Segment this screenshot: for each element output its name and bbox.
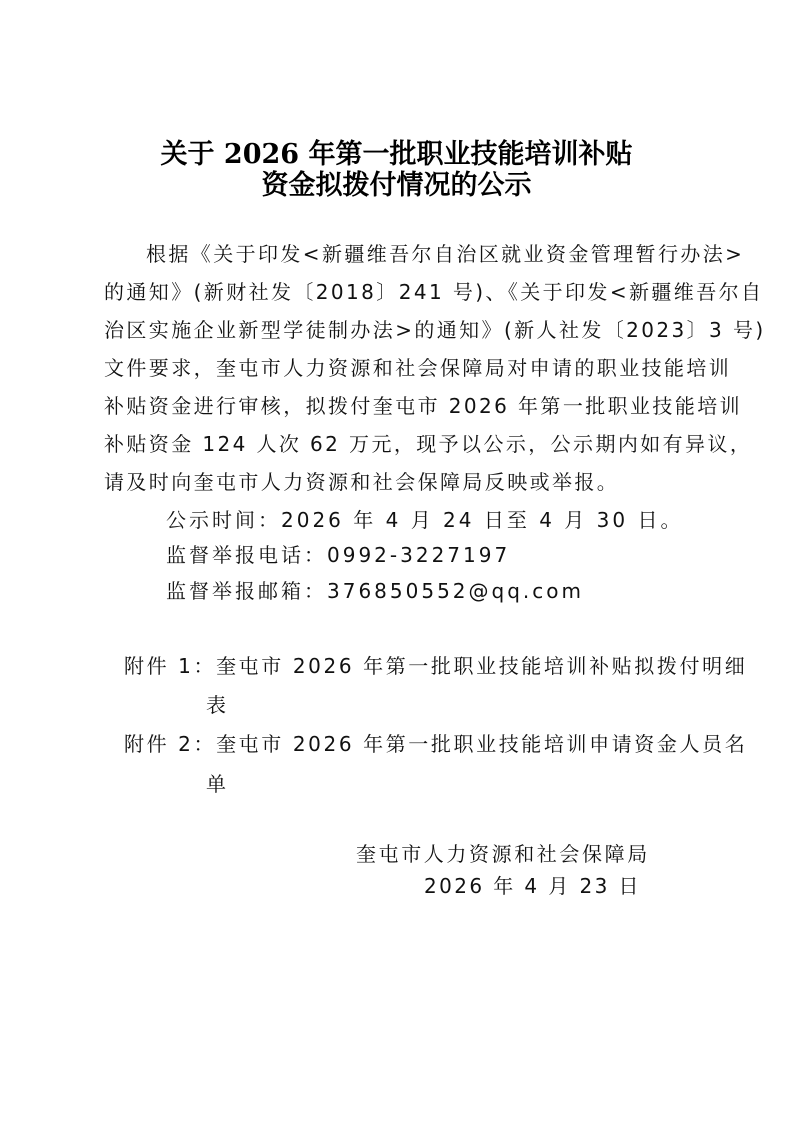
body-line: 文件要求，奎屯市人力资源和社会保障局对申请的职业技能培训	[104, 356, 731, 380]
report-email: 监督举报邮箱：376850552@qq.com	[166, 579, 584, 603]
attachment-2[interactable]: 附件 2：奎屯市 2026 年第一批职业技能培训申请资金人员名	[124, 732, 747, 756]
body-line: 请及时向奎屯市人力资源和社会保障局反映或举报。	[104, 470, 619, 494]
attachment-1[interactable]: 附件 1：奎屯市 2026 年第一批职业技能培训补贴拟拨付明细	[124, 654, 747, 678]
document-title-line-1: 关于 2026 年第一批职业技能培训补贴	[0, 139, 793, 170]
publicity-period: 公示时间：2026 年 4 月 24 日至 4 月 30 日。	[166, 508, 683, 532]
report-hotline: 监督举报电话：0992-3227197	[166, 543, 510, 567]
body-line: 的通知》(新财社发〔2018〕241 号)、《关于印发<新疆维吾尔自	[104, 280, 763, 304]
attachment-1-continuation: 表	[206, 693, 228, 717]
body-line: 治区实施企业新型学徒制办法>的通知》(新人社发〔2023〕3 号)	[104, 318, 766, 342]
signature-date: 2026 年 4 月 23 日	[424, 874, 641, 898]
body-line: 补贴资金进行审核，拟拨付奎屯市 2026 年第一批职业技能培训	[104, 394, 742, 418]
body-line: 根据《关于印发<新疆维吾尔自治区就业资金管理暂行办法>	[146, 242, 744, 266]
signature-organization: 奎屯市人力资源和社会保障局	[356, 842, 650, 866]
attachment-2-continuation: 单	[206, 772, 228, 796]
document-title-line-2: 资金拟拨付情况的公示	[0, 170, 793, 201]
body-line: 补贴资金 124 人次 62 万元，现予以公示，公示期内如有异议，	[104, 432, 752, 456]
document-page: 关于 2026 年第一批职业技能培训补贴 资金拟拨付情况的公示 根据《关于印发<…	[0, 0, 793, 1122]
